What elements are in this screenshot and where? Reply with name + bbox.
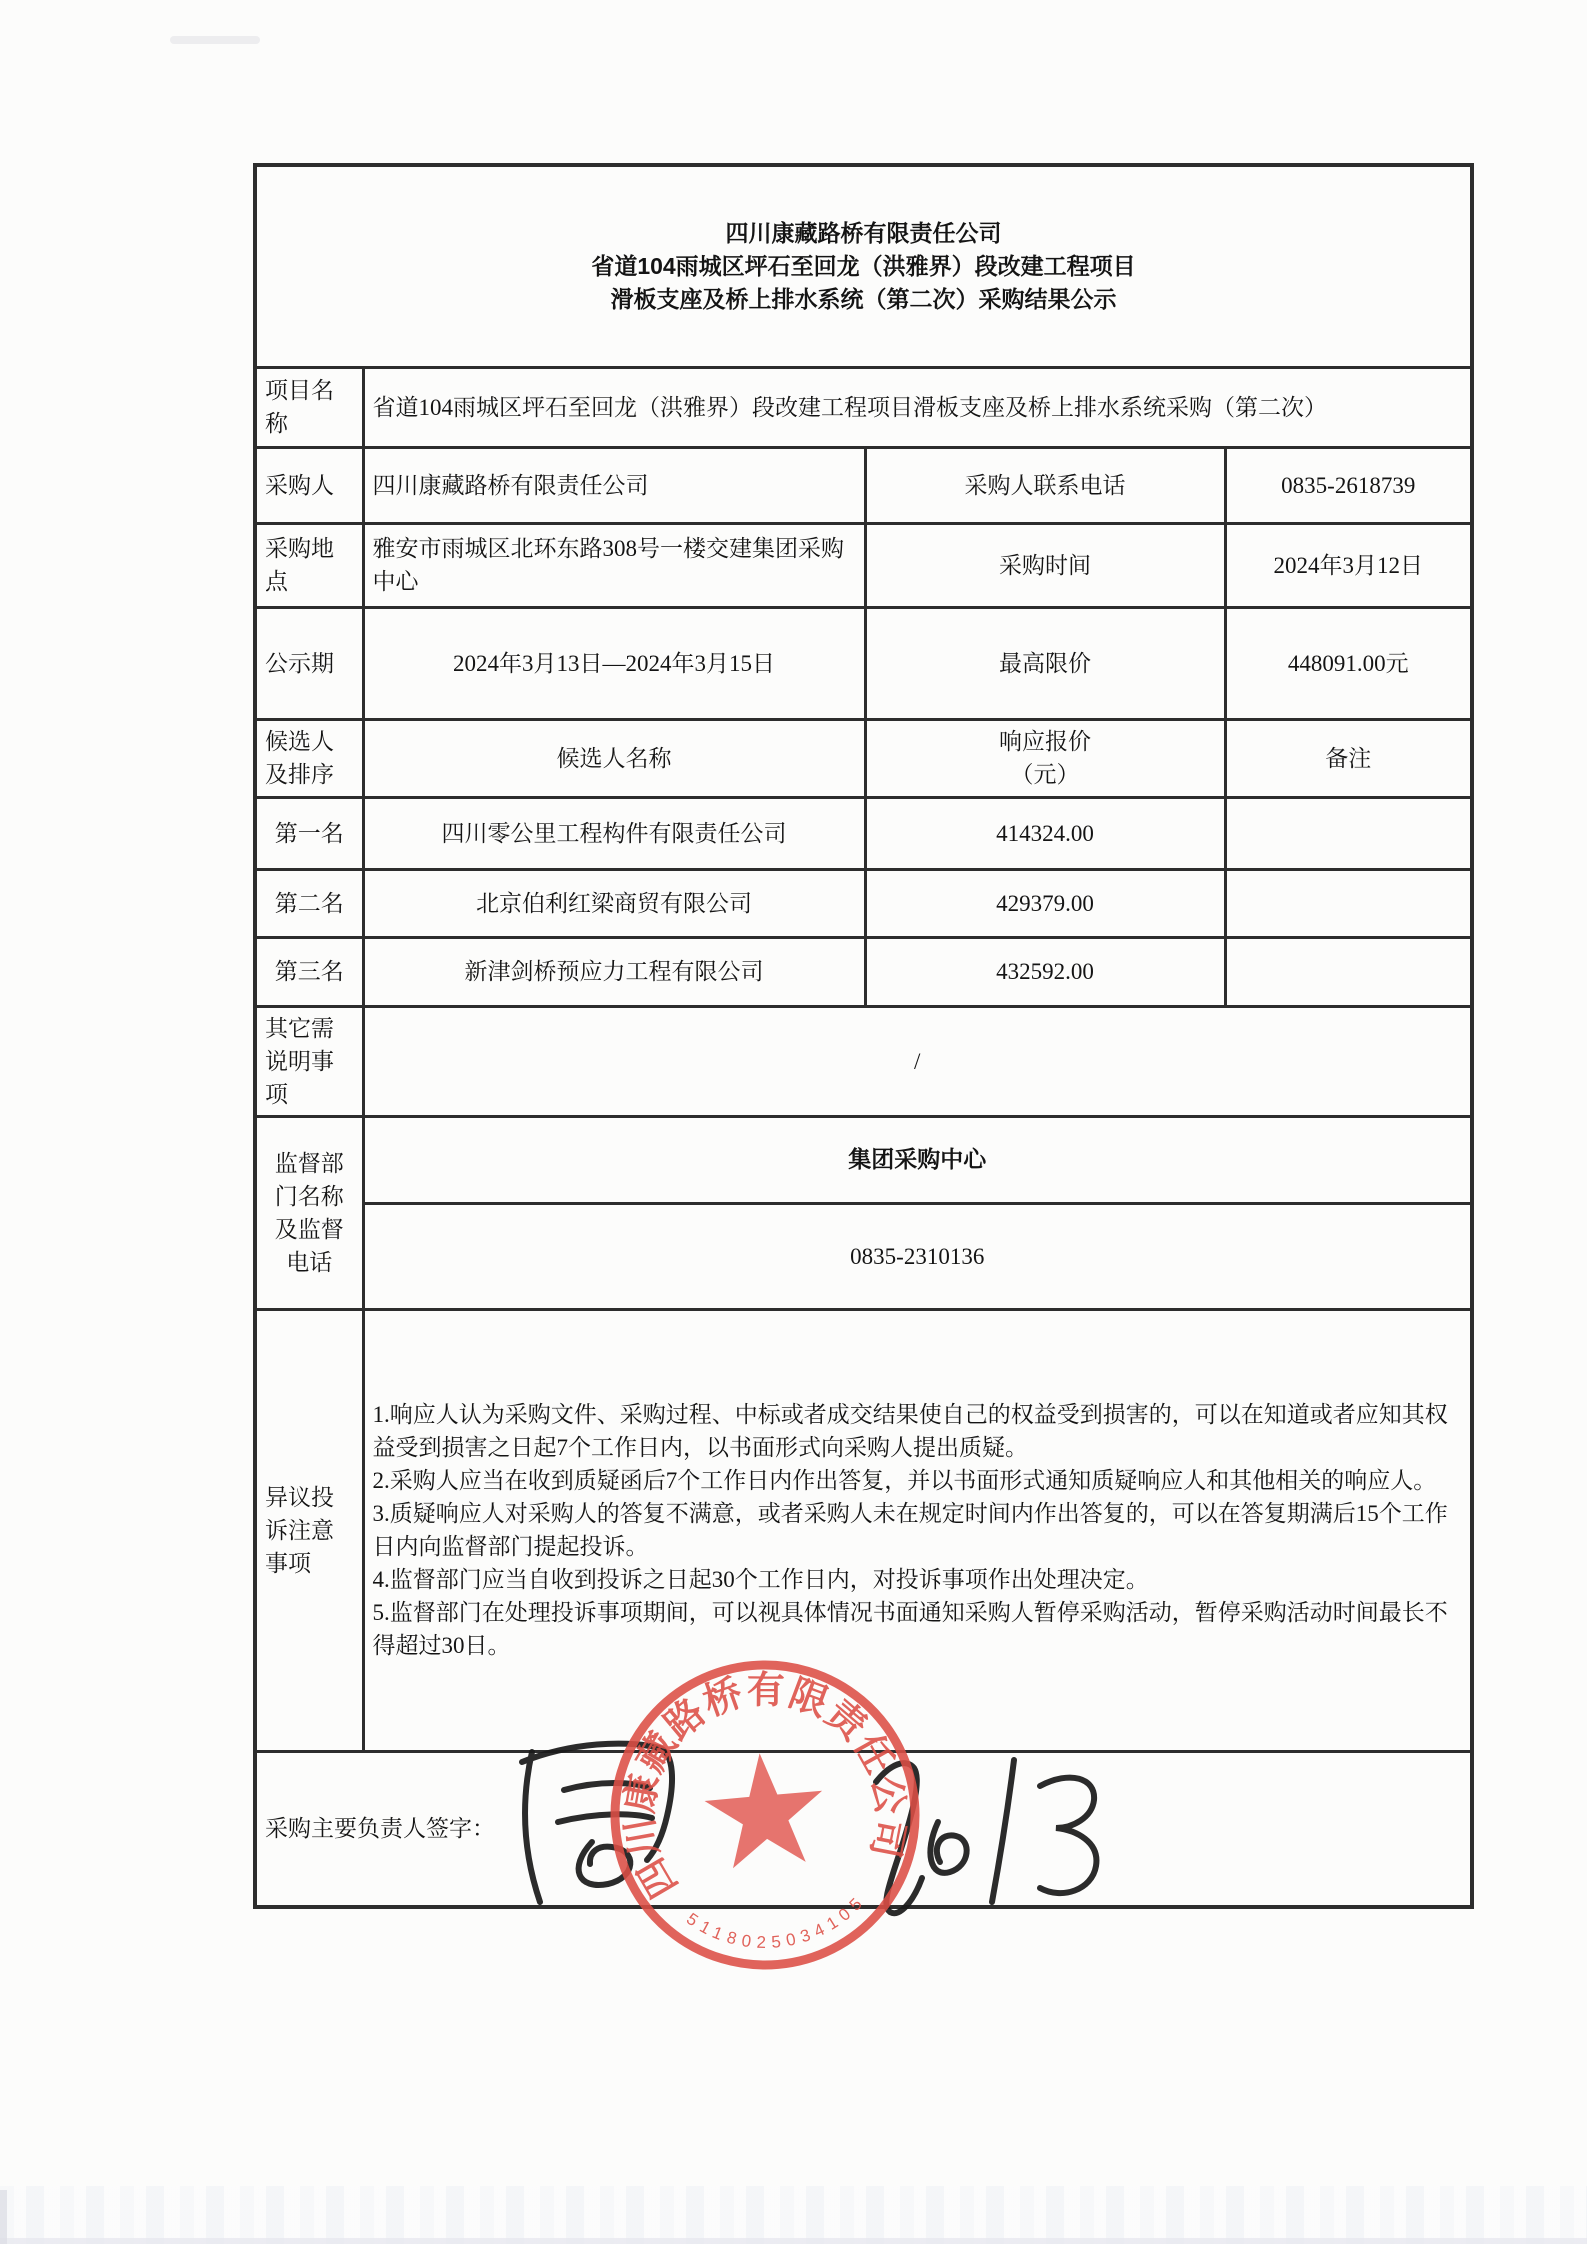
max-price-label: 最高限价 — [865, 607, 1225, 719]
candidate-2-bid: 429379.00 — [865, 869, 1225, 937]
candidate-row-1: 第一名 四川零公里工程构件有限责任公司 414324.00 — [255, 797, 1472, 869]
purchase-time-value: 2024年3月12日 — [1225, 523, 1472, 607]
other-notes-value: / — [363, 1006, 1472, 1116]
purchaser-row: 采购人 四川康藏路桥有限责任公司 采购人联系电话 0835-2618739 — [255, 447, 1472, 523]
title-line-1: 四川康藏路桥有限责任公司 — [265, 217, 1462, 250]
bid-header: 响应报价 （元） — [865, 719, 1225, 797]
candidate-2-name: 北京伯利红梁商贸有限公司 — [363, 869, 865, 937]
remark-header: 备注 — [1225, 719, 1472, 797]
candidate-2-remark — [1225, 869, 1472, 937]
candidate-3-bid: 432592.00 — [865, 937, 1225, 1006]
objection-item-5: 5.监督部门在处理投诉事项期间，可以视具体情况书面通知采购人暂停采购活动，暂停采… — [373, 1596, 1463, 1662]
publicity-label: 公示期 — [255, 607, 363, 719]
objection-notes: 1.响应人认为采购文件、采购过程、中标或者成交结果使自己的权益受到损害的，可以在… — [363, 1309, 1472, 1751]
scan-artifact-bottom-band — [0, 2186, 1587, 2244]
scan-artifact-bottom-edge — [0, 2238, 1587, 2244]
bid-header-line-2: （元） — [875, 758, 1216, 791]
purchaser-value: 四川康藏路桥有限责任公司 — [363, 447, 865, 523]
candidate-3-remark — [1225, 937, 1472, 1006]
document-title: 四川康藏路桥有限责任公司 省道104雨城区坪石至回龙（洪雅界）段改建工程项目 滑… — [255, 165, 1472, 367]
candidate-2-rank: 第二名 — [255, 869, 363, 937]
max-price-value: 448091.00元 — [1225, 607, 1472, 719]
supervision-phone-row: 0835-2310136 — [255, 1203, 1472, 1309]
location-label: 采购地点 — [255, 523, 363, 607]
bid-header-line-1: 响应报价 — [875, 725, 1216, 758]
candidate-row-3: 第三名 新津剑桥预应力工程有限公司 432592.00 — [255, 937, 1472, 1006]
objection-item-3: 3.质疑响应人对采购人的答复不满意，或者采购人未在规定时间内作出答复的，可以在答… — [373, 1497, 1463, 1563]
project-name-value: 省道104雨城区坪石至回龙（洪雅界）段改建工程项目滑板支座及桥上排水系统采购（第… — [363, 367, 1472, 447]
document-page: 四川康藏路桥有限责任公司 省道104雨城区坪石至回龙（洪雅界）段改建工程项目 滑… — [0, 0, 1587, 2244]
purchase-time-label: 采购时间 — [865, 523, 1225, 607]
objection-item-4: 4.监督部门应当自收到投诉之日起30个工作日内，对投诉事项作出处理决定。 — [373, 1563, 1463, 1596]
title-line-2: 省道104雨城区坪石至回龙（洪雅界）段改建工程项目 — [265, 250, 1462, 283]
supervision-dept-value: 集团采购中心 — [363, 1116, 1472, 1203]
candidate-name-header: 候选人名称 — [363, 719, 865, 797]
location-row: 采购地点 雅安市雨城区北环东路308号一楼交建集团采购中心 采购时间 2024年… — [255, 523, 1472, 607]
candidate-row-2: 第二名 北京伯利红梁商贸有限公司 429379.00 — [255, 869, 1472, 937]
candidate-1-rank: 第一名 — [255, 797, 363, 869]
signature-label: 采购主要负责人签字： — [265, 1816, 495, 1841]
title-line-3: 滑板支座及桥上排水系统（第二次）采购结果公示 — [265, 283, 1462, 316]
candidate-3-name: 新津剑桥预应力工程有限公司 — [363, 937, 865, 1006]
location-value: 雅安市雨城区北环东路308号一楼交建集团采购中心 — [363, 523, 865, 607]
objection-label: 异议投诉注意事项 — [255, 1309, 363, 1751]
supervision-label: 监督部门名称及监督电话 — [255, 1116, 363, 1309]
candidate-3-rank: 第三名 — [255, 937, 363, 1006]
scan-artifact-left-edge — [0, 2190, 7, 2244]
project-name-row: 项目名称 省道104雨城区坪石至回龙（洪雅界）段改建工程项目滑板支座及桥上排水系… — [255, 367, 1472, 447]
candidates-header-label: 候选人及排序 — [255, 719, 363, 797]
other-notes-row: 其它需说明事项 / — [255, 1006, 1472, 1116]
purchaser-phone-value: 0835-2618739 — [1225, 447, 1472, 523]
candidate-1-name: 四川零公里工程构件有限责任公司 — [363, 797, 865, 869]
project-name-label: 项目名称 — [255, 367, 363, 447]
objection-item-1: 1.响应人认为采购文件、采购过程、中标或者成交结果使自己的权益受到损害的，可以在… — [373, 1398, 1463, 1464]
other-notes-label: 其它需说明事项 — [255, 1006, 363, 1116]
signature-row: 采购主要负责人签字： — [255, 1751, 1472, 1907]
candidates-header-row: 候选人及排序 候选人名称 响应报价 （元） 备注 — [255, 719, 1472, 797]
procurement-result-table: 四川康藏路桥有限责任公司 省道104雨城区坪石至回龙（洪雅界）段改建工程项目 滑… — [253, 163, 1474, 1909]
signature-cell: 采购主要负责人签字： — [255, 1751, 1472, 1907]
candidate-1-bid: 414324.00 — [865, 797, 1225, 869]
scan-artifact-top — [170, 36, 260, 44]
purchaser-phone-label: 采购人联系电话 — [865, 447, 1225, 523]
title-row: 四川康藏路桥有限责任公司 省道104雨城区坪石至回龙（洪雅界）段改建工程项目 滑… — [255, 165, 1472, 367]
purchaser-label: 采购人 — [255, 447, 363, 523]
publicity-row: 公示期 2024年3月13日—2024年3月15日 最高限价 448091.00… — [255, 607, 1472, 719]
objection-row: 异议投诉注意事项 1.响应人认为采购文件、采购过程、中标或者成交结果使自己的权益… — [255, 1309, 1472, 1751]
supervision-dept-row: 监督部门名称及监督电话 集团采购中心 — [255, 1116, 1472, 1203]
candidate-1-remark — [1225, 797, 1472, 869]
supervision-phone-value: 0835-2310136 — [363, 1203, 1472, 1309]
objection-item-2: 2.采购人应当在收到质疑函后7个工作日内作出答复，并以书面形式通知质疑响应人和其… — [373, 1464, 1463, 1497]
publicity-period-value: 2024年3月13日—2024年3月15日 — [363, 607, 865, 719]
